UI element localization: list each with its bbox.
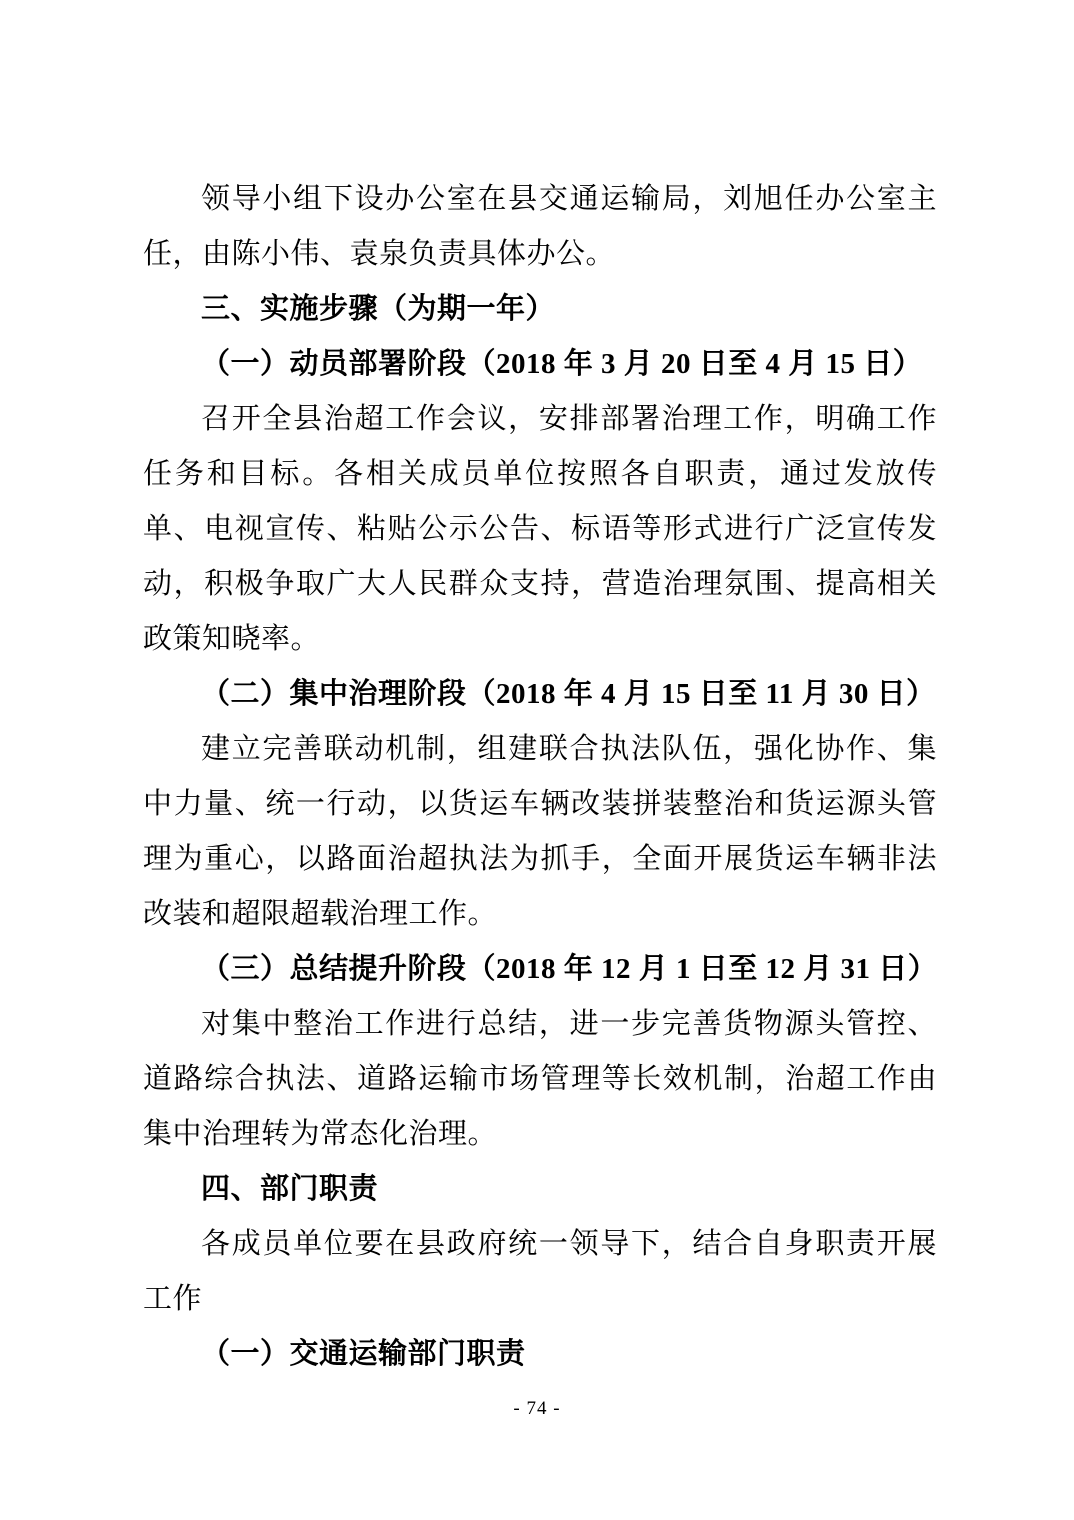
paragraph-member-units: 各成员单位要在县政府统一领导下，结合自身职责开展工作 bbox=[143, 1217, 937, 1327]
subsection-heading-concentrated-governance-phase: （二）集中治理阶段（2018 年 4 月 15 日至 11 月 30 日） bbox=[143, 667, 937, 722]
section-heading-implementation-steps: 三、实施步骤（为期一年） bbox=[143, 282, 937, 337]
page-number: - 74 - bbox=[513, 1398, 560, 1419]
paragraph-governance-details: 建立完善联动机制，组建联合执法队伍，强化协作、集中力量、统一行动，以货运车辆改装… bbox=[143, 722, 937, 942]
paragraph-office-setup: 领导小组下设办公室在县交通运输局，刘旭任办公室主任，由陈小伟、袁泉负责具体办公。 bbox=[143, 172, 937, 282]
subsection-heading-summary-improvement-phase: （三）总结提升阶段（2018 年 12 月 1 日至 12 月 31 日） bbox=[143, 942, 937, 997]
document-page: 领导小组下设办公室在县交通运输局，刘旭任办公室主任，由陈小伟、袁泉负责具体办公。… bbox=[0, 0, 1074, 1520]
page-footer: - 74 - bbox=[0, 1398, 1074, 1420]
subsection-heading-transport-department-duties: （一）交通运输部门职责 bbox=[143, 1327, 937, 1382]
document-body: 领导小组下设办公室在县交通运输局，刘旭任办公室主任，由陈小伟、袁泉负责具体办公。… bbox=[143, 172, 937, 1382]
subsection-heading-mobilization-phase: （一）动员部署阶段（2018 年 3 月 20 日至 4 月 15 日） bbox=[143, 337, 937, 392]
paragraph-summary-details: 对集中整治工作进行总结，进一步完善货物源头管控、道路综合执法、道路运输市场管理等… bbox=[143, 997, 937, 1162]
paragraph-mobilization-details: 召开全县治超工作会议，安排部署治理工作，明确工作任务和目标。各相关成员单位按照各… bbox=[143, 392, 937, 667]
section-heading-department-duties: 四、部门职责 bbox=[143, 1162, 937, 1217]
